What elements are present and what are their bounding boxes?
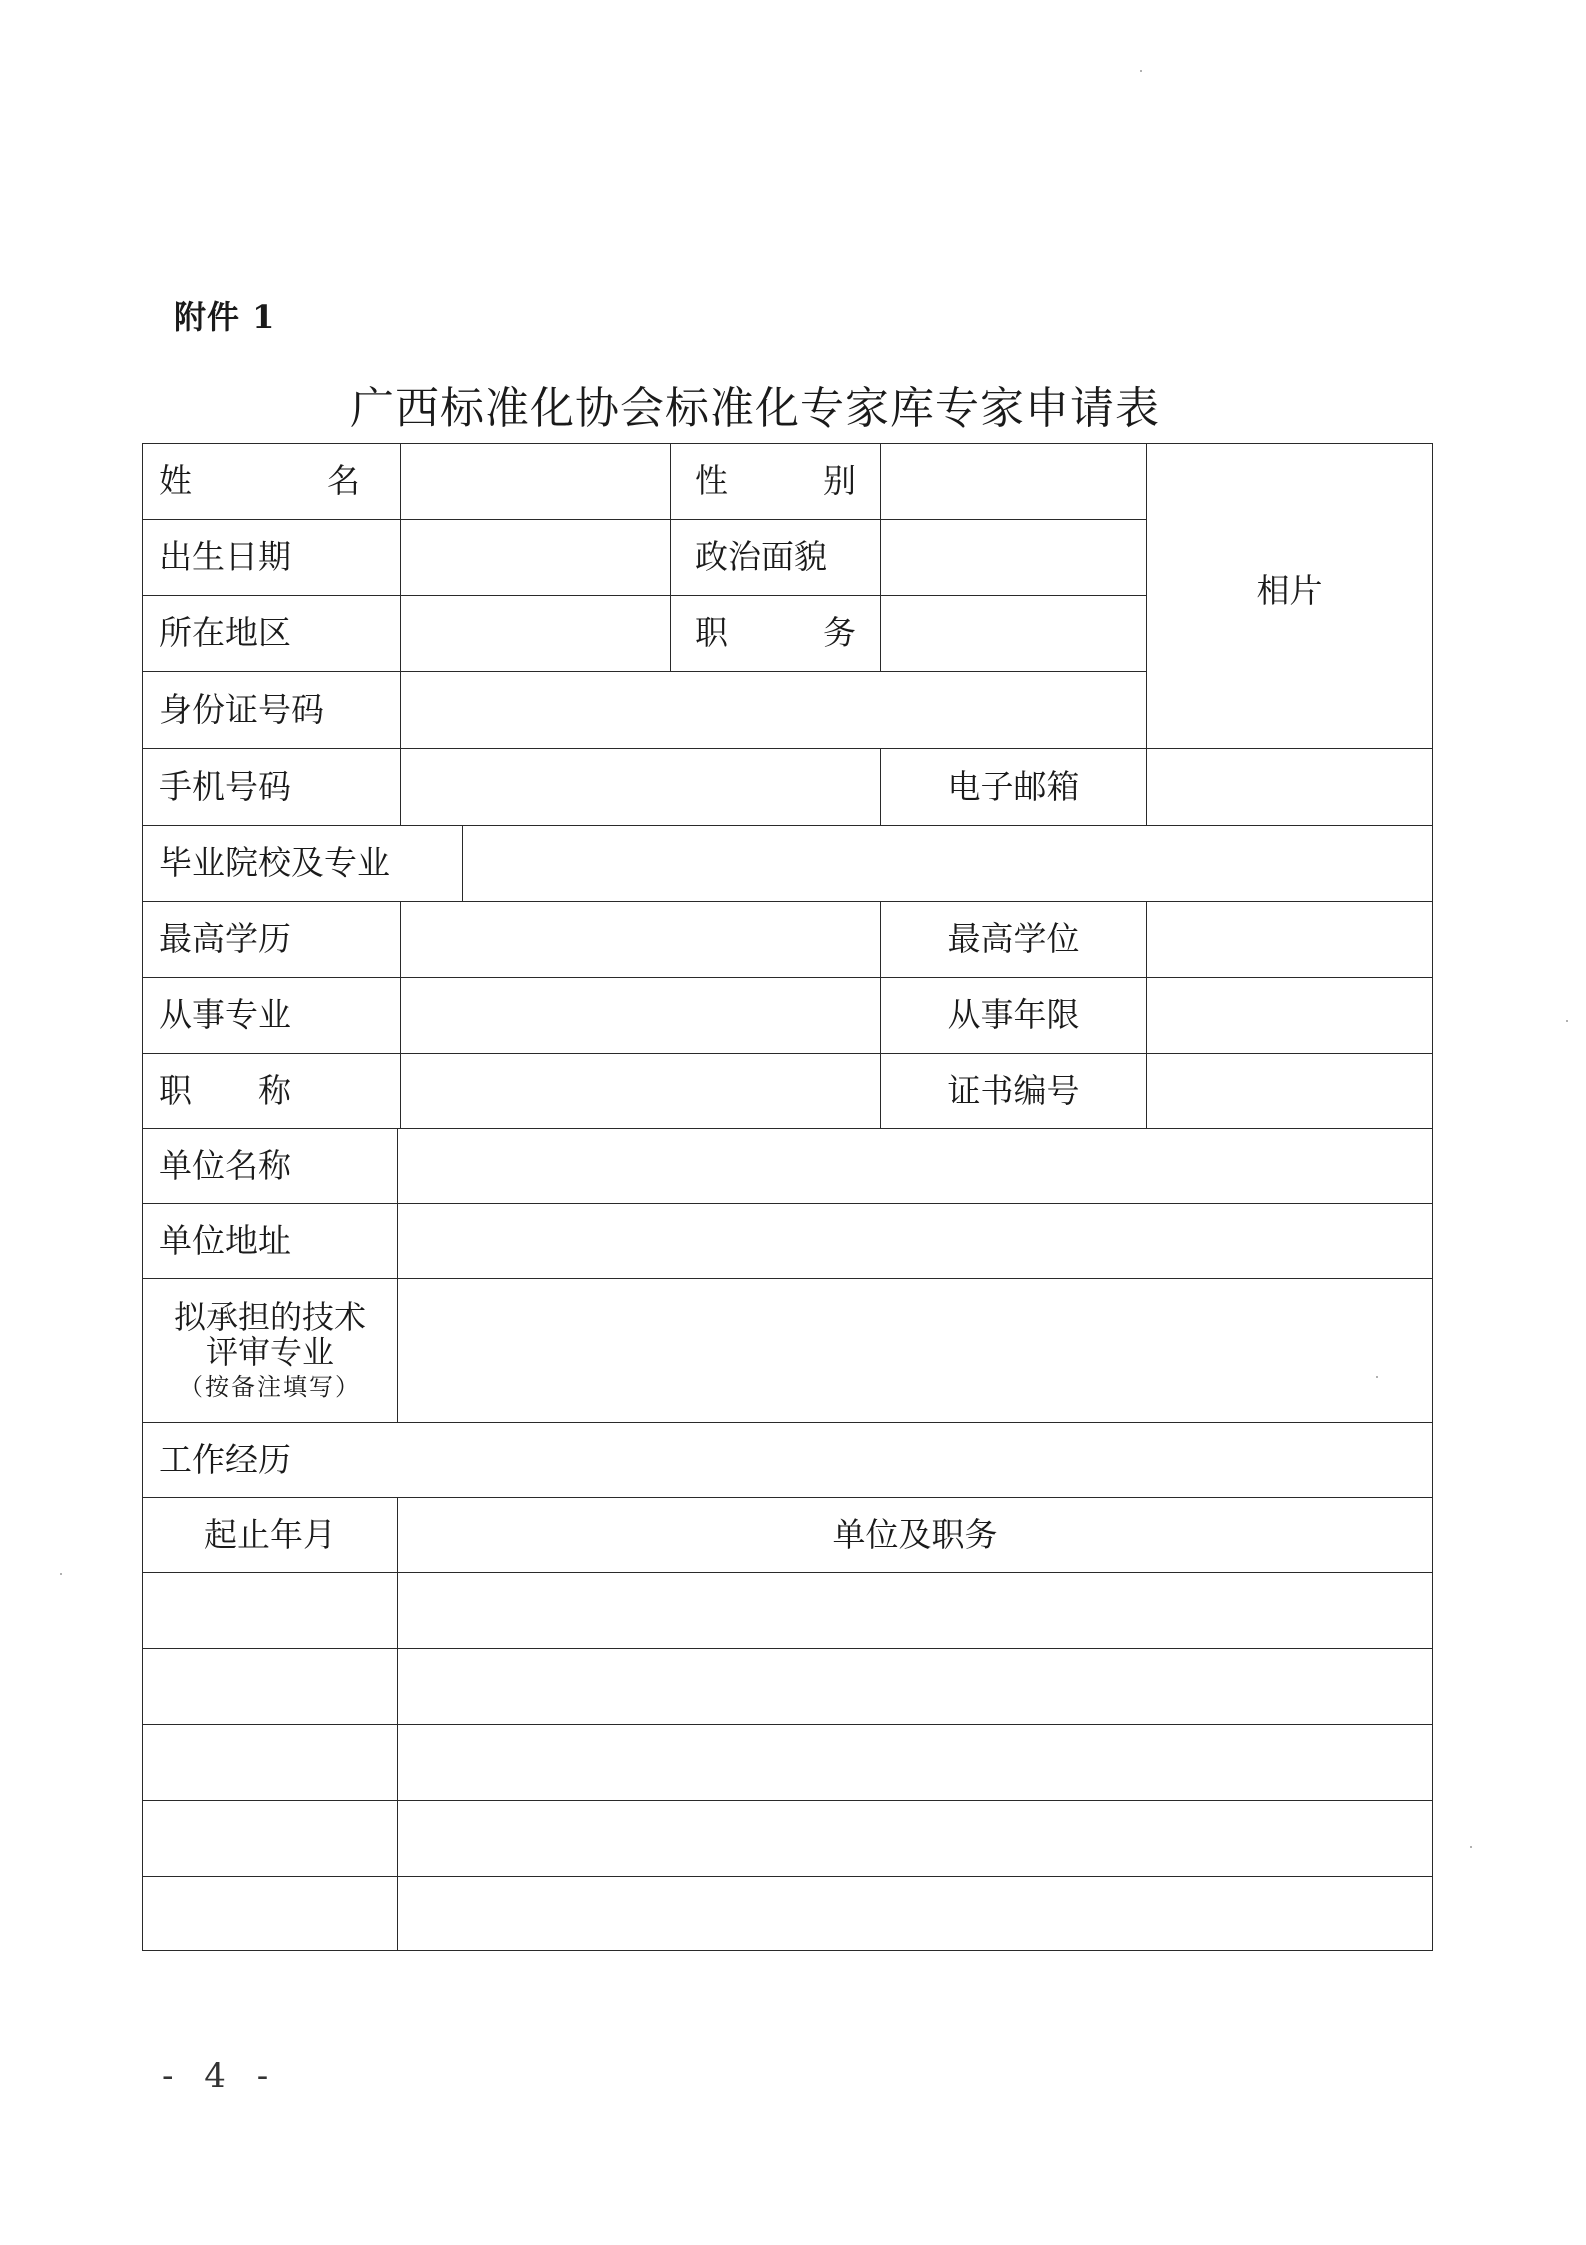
work-history-employer-3[interactable] [397, 1724, 1433, 1801]
work-history-employer-1[interactable] [397, 1572, 1433, 1649]
label-certificate-number: 证书编号 [880, 1053, 1147, 1129]
label-employer-address: 单位地址 [142, 1203, 398, 1279]
birth-date-field[interactable] [400, 519, 671, 596]
label-school-major: 毕业院校及专业 [142, 825, 463, 902]
scan-speck [1470, 1846, 1472, 1848]
work-history-period-5[interactable] [142, 1876, 398, 1951]
region-field[interactable] [400, 595, 671, 672]
work-history-period-2[interactable] [142, 1648, 398, 1725]
years-in-field-field[interactable] [1146, 977, 1433, 1054]
work-history-period-1[interactable] [142, 1572, 398, 1649]
certificate-number-field[interactable] [1146, 1053, 1433, 1129]
label-review-specialty-line2: 评审专业 [206, 1335, 334, 1370]
email-field[interactable] [1146, 748, 1433, 826]
review-specialty-field[interactable] [397, 1278, 1433, 1423]
label-highest-degree: 最高学位 [880, 901, 1147, 978]
page-number: - 4 - [162, 2056, 278, 2096]
id-number-field[interactable] [400, 671, 1147, 749]
gender-field[interactable] [880, 443, 1147, 520]
label-name-char-2: 名 [327, 463, 360, 499]
scan-speck [1566, 1020, 1568, 1022]
name-field[interactable] [400, 443, 671, 520]
label-political-status: 政治面貌 [670, 519, 881, 596]
label-professional-title: 职称 [142, 1053, 401, 1129]
employer-name-field[interactable] [397, 1128, 1433, 1204]
work-history-period-4[interactable] [142, 1800, 398, 1877]
label-position-char-1: 职 [695, 615, 728, 651]
label-gender-char-2: 别 [823, 463, 856, 499]
label-field-of-work: 从事专业 [142, 977, 401, 1054]
work-history-section-label: 工作经历 [142, 1422, 1433, 1498]
label-birth-date: 出生日期 [142, 519, 401, 596]
label-gender: 性别 [670, 443, 881, 520]
label-highest-education: 最高学历 [142, 901, 401, 978]
school-major-field[interactable] [462, 825, 1433, 902]
field-of-work-field[interactable] [400, 977, 881, 1054]
employer-address-field[interactable] [397, 1203, 1433, 1279]
position-field[interactable] [880, 595, 1147, 672]
photo-box[interactable]: 相片 [1146, 443, 1433, 749]
work-history-col-employer-position: 单位及职务 [397, 1497, 1433, 1573]
highest-degree-field[interactable] [1146, 901, 1433, 978]
label-review-specialty-note: （按备注填写） [179, 1374, 361, 1400]
work-history-employer-4[interactable] [397, 1800, 1433, 1877]
work-history-employer-5[interactable] [397, 1876, 1433, 1951]
label-review-specialty: 拟承担的技术 评审专业 （按备注填写） [142, 1278, 398, 1423]
label-name: 姓名 [142, 443, 401, 520]
label-position: 职务 [670, 595, 881, 672]
scan-speck [1140, 70, 1142, 72]
photo-label: 相片 [1257, 573, 1323, 609]
work-history-period-3[interactable] [142, 1724, 398, 1801]
political-status-field[interactable] [880, 519, 1147, 596]
label-title-char-2: 称 [258, 1073, 291, 1109]
label-name-char-1: 姓 [159, 463, 192, 499]
work-history-col-period: 起止年月 [142, 1497, 398, 1573]
label-id-number: 身份证号码 [142, 671, 401, 749]
label-mobile: 手机号码 [142, 748, 401, 826]
label-region: 所在地区 [142, 595, 401, 672]
label-review-specialty-line1: 拟承担的技术 [174, 1300, 366, 1335]
label-gender-char-1: 性 [695, 463, 728, 499]
label-title-char-1: 职 [159, 1073, 192, 1109]
mobile-field[interactable] [400, 748, 881, 826]
scan-speck [60, 1573, 62, 1575]
application-form-table: 姓名 性别 相片 出生日期 政治面貌 所在地区 职务 身份证号码 手机号码 电子… [0, 0, 1586, 2245]
highest-education-field[interactable] [400, 901, 881, 978]
label-employer-name: 单位名称 [142, 1128, 398, 1204]
scan-speck [1376, 1376, 1378, 1378]
work-history-employer-2[interactable] [397, 1648, 1433, 1725]
professional-title-field[interactable] [400, 1053, 881, 1129]
label-position-char-2: 务 [823, 615, 856, 651]
label-years-in-field: 从事年限 [880, 977, 1147, 1054]
label-email: 电子邮箱 [880, 748, 1147, 826]
